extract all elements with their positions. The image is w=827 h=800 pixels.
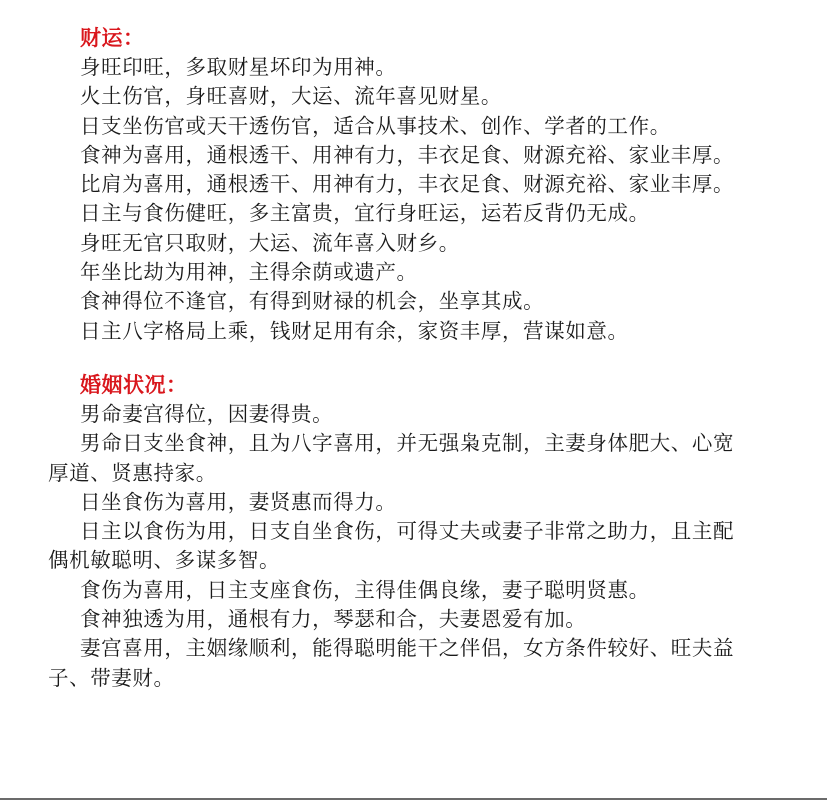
section-wealth: 财运： 身旺印旺，多取财星坏印为用神。 火土伤官，身旺喜财，大运、流年喜见财星。… (48, 24, 752, 346)
paragraph: 火土伤官，身旺喜财，大运、流年喜见财星。 (48, 82, 752, 111)
section-heading-wealth: 财运： (48, 24, 752, 53)
paragraph: 日坐食伤为喜用，妻贤惠而得力。 (48, 488, 752, 517)
paragraph: 食神为喜用，通根透干、用神有力，丰衣足食、财源充裕、家业丰厚。 (48, 141, 752, 170)
paragraph: 男命妻宫得位，因妻得贵。 (48, 400, 752, 429)
paragraph: 日主以食伤为用，日支自坐食伤，可得丈夫或妻子非常之助力，且主配偶机敏聪明、多谋多… (48, 517, 752, 576)
paragraph: 日主与食伤健旺，多主富贵，宜行身旺运，运若反背仍无成。 (48, 199, 752, 228)
paragraph: 身旺印旺，多取财星坏印为用神。 (48, 53, 752, 82)
section-heading-marriage: 婚姻状况： (48, 371, 752, 400)
section-marriage: 婚姻状况： 男命妻宫得位，因妻得贵。 男命日支坐食神，且为八字喜用，并无强枭克制… (48, 371, 752, 693)
paragraph: 食伤为喜用，日主支座食伤，主得佳偶良缘，妻子聪明贤惠。 (48, 576, 752, 605)
paragraph: 日主八字格局上乘，钱财足用有余，家资丰厚，营谋如意。 (48, 317, 752, 346)
paragraph: 食神独透为用，通根有力，琴瑟和合，夫妻恩爱有加。 (48, 605, 752, 634)
paragraph: 男命日支坐食神，且为八字喜用，并无强枭克制，主妻身体肥大、心宽厚道、贤惠持家。 (48, 429, 752, 488)
paragraph: 妻宫喜用，主姻缘顺利，能得聪明能干之伴侣，女方条件较好、旺夫益子、带妻财。 (48, 634, 752, 693)
paragraph: 年坐比劫为用神，主得余荫或遗产。 (48, 258, 752, 287)
section-spacer (48, 346, 752, 371)
document-body: 财运： 身旺印旺，多取财星坏印为用神。 火土伤官，身旺喜财，大运、流年喜见财星。… (48, 24, 752, 693)
paragraph: 身旺无官只取财，大运、流年喜入财乡。 (48, 229, 752, 258)
paragraph: 比肩为喜用，通根透干、用神有力，丰衣足食、财源充裕、家业丰厚。 (48, 170, 752, 199)
paragraph: 食神得位不逢官，有得到财禄的机会，坐享其成。 (48, 287, 752, 316)
paragraph: 日支坐伤官或天干透伤官，适合从事技术、创作、学者的工作。 (48, 112, 752, 141)
